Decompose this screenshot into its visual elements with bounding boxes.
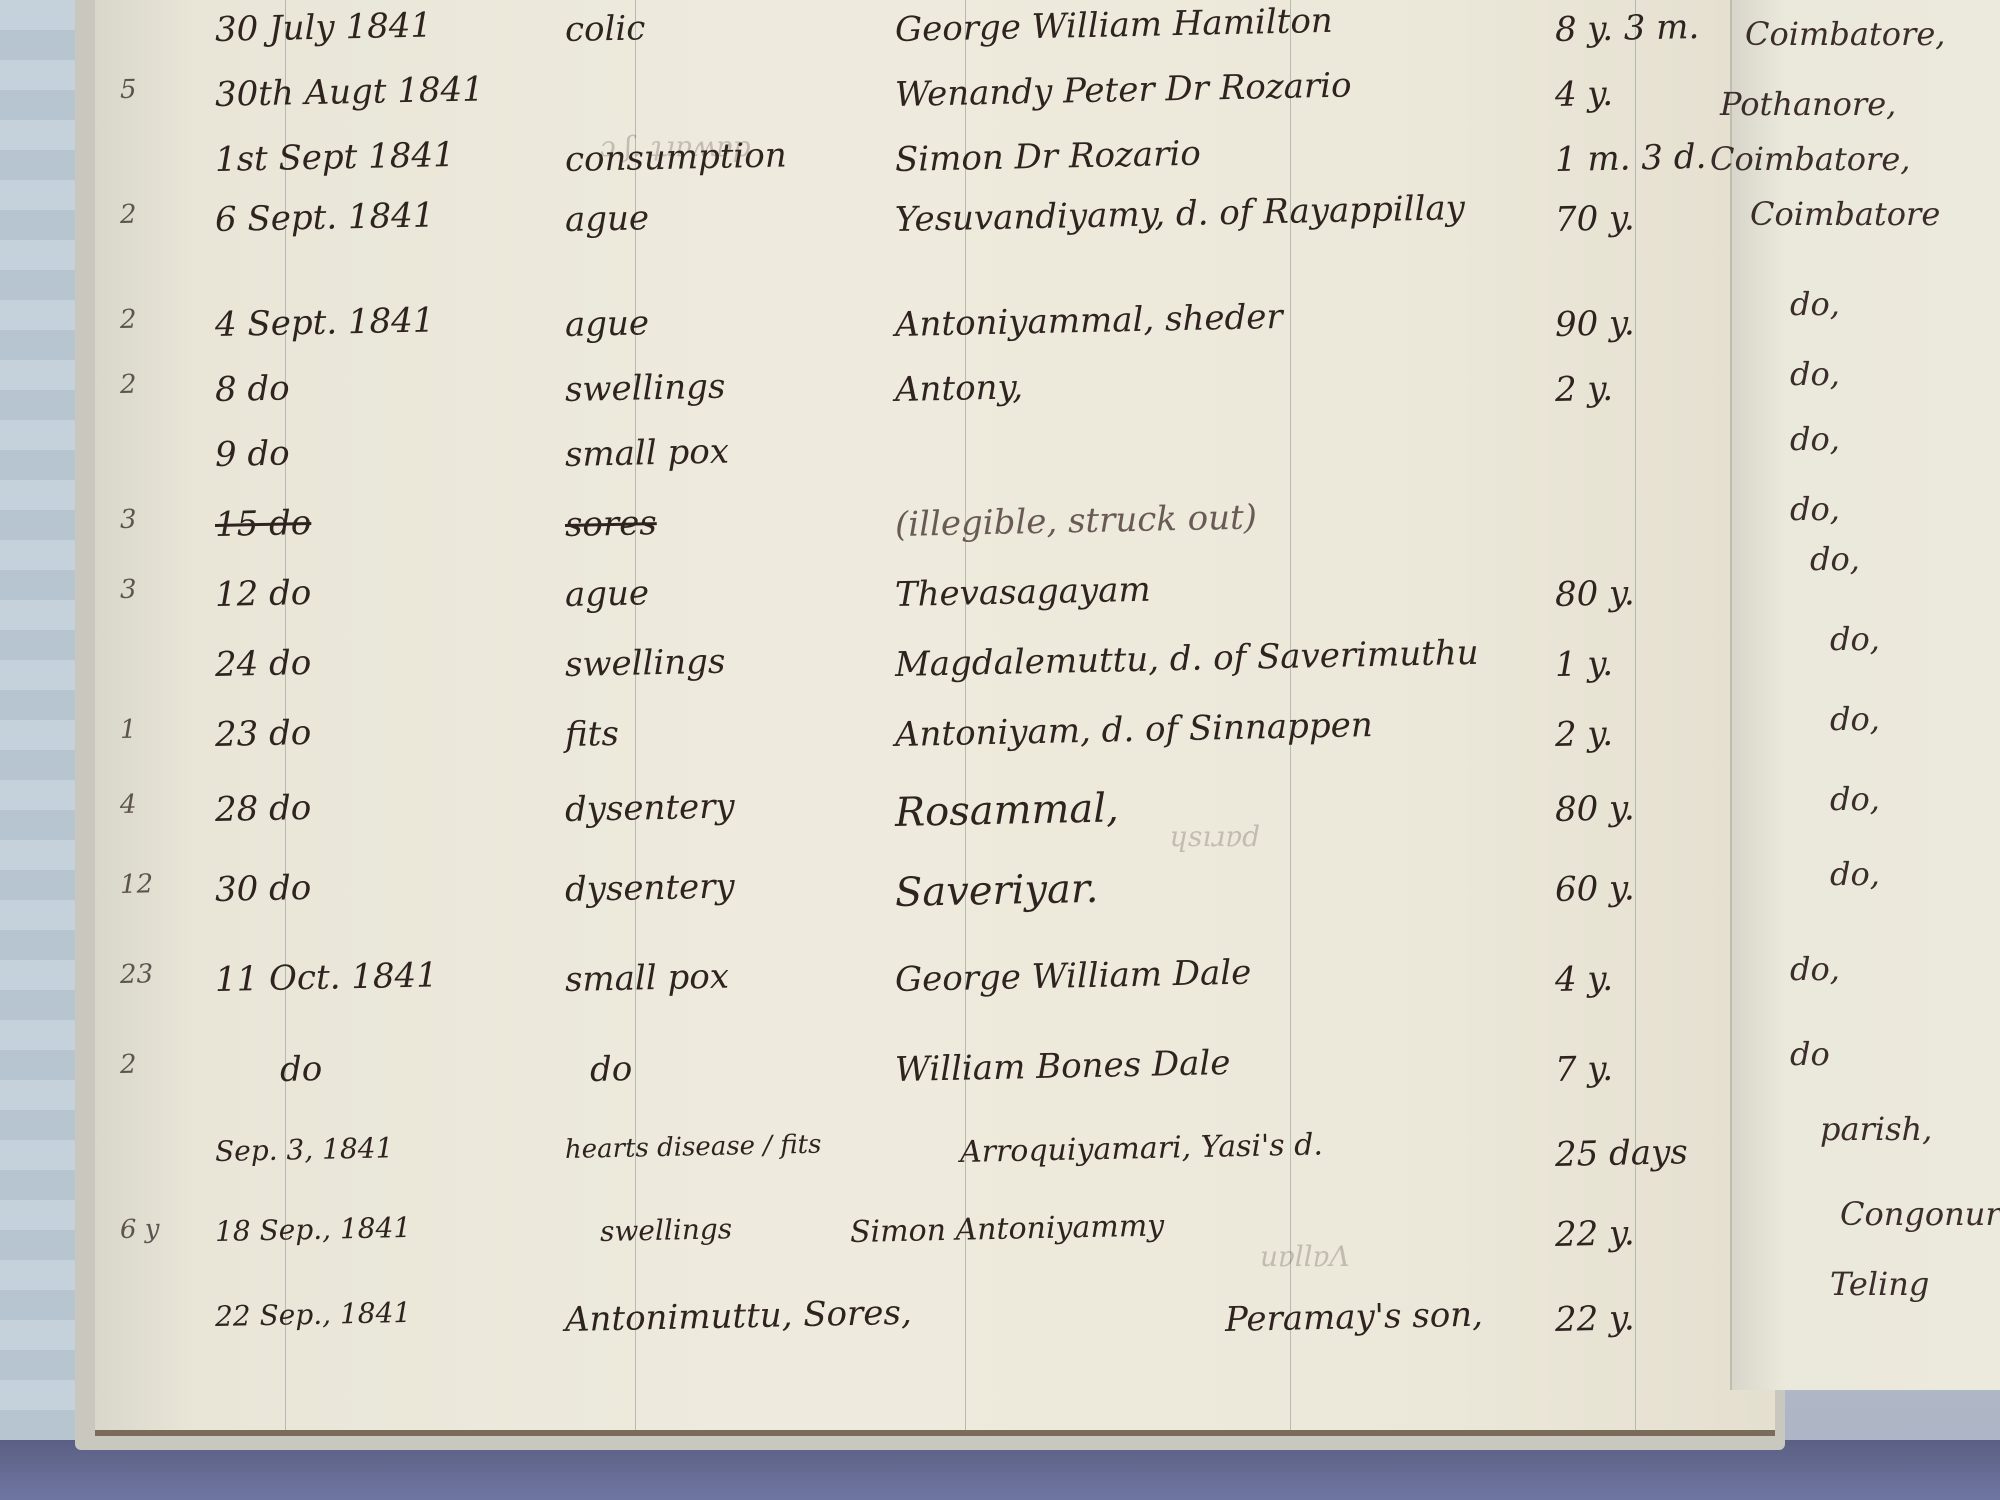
date-cell: 11 Oct. 1841	[215, 955, 439, 1000]
margin-number: 2	[120, 370, 137, 400]
margin-number: 2	[120, 1050, 137, 1080]
age-cell: 70 y.	[1555, 198, 1635, 240]
table-row: 2 do do William Bones Dale 7 y.	[0, 1050, 1730, 1110]
margin-number: 23	[120, 959, 154, 990]
table-row: 2 8 do swellings Antony, 2 y.	[0, 370, 1730, 430]
margin-number: 2	[120, 200, 137, 230]
date-cell: 12 do	[215, 573, 312, 615]
name-cell: Arroquiyamari, Yasi's d.	[960, 1127, 1324, 1170]
table-row: Sep. 3, 1841 hearts disease / fits Arroq…	[0, 1135, 1730, 1195]
margin-number: 3	[120, 575, 137, 605]
age-cell: 1 y.	[1555, 644, 1614, 685]
table-row: 2 6 Sept. 1841 ague Yesuvandiyamy, d. of…	[0, 200, 1730, 260]
abode-cell: Teling	[1830, 1265, 1929, 1303]
date-cell: 8 do	[215, 368, 291, 410]
name-cell: Simon Antoniyammy	[850, 1208, 1165, 1250]
margin-number: 3	[120, 505, 137, 535]
abode-cell: Coimbatore	[1750, 195, 1940, 233]
cause-cell: consumption	[565, 135, 787, 180]
margin-number: 12	[120, 869, 154, 900]
margin-number: 2	[120, 305, 137, 335]
date-cell: 22 Sep., 1841	[215, 1296, 412, 1333]
cause-cell: swellings	[565, 367, 726, 410]
name-cell: Saveriyar.	[895, 866, 1099, 916]
date-cell: do	[280, 1049, 323, 1090]
abode-cell: parish,	[1820, 1110, 1932, 1148]
age-cell: 1 m. 3 d.	[1555, 137, 1707, 180]
date-cell: 9 do	[215, 433, 291, 475]
name-cell: Peramay's son,	[1225, 1295, 1484, 1340]
age-cell: 60 y.	[1555, 868, 1635, 910]
table-row: 5 30th Augt 1841 Wenandy Peter Dr Rozari…	[0, 75, 1730, 135]
date-cell: 30 July 1841	[215, 5, 433, 50]
cause-cell: dysentery	[565, 786, 735, 830]
date-cell: Sep. 3, 1841	[215, 1131, 394, 1168]
date-cell: 1st Sept 1841	[215, 135, 456, 180]
table-row: 1st Sept 1841 consumption Simon Dr Rozar…	[0, 140, 1730, 200]
age-cell: 4 y.	[1555, 74, 1614, 115]
abode-cell: do,	[1790, 420, 1840, 458]
age-cell: 4 y.	[1555, 959, 1614, 1000]
abode-cell: do	[1790, 1035, 1830, 1073]
abode-cell: Coimbatore,	[1745, 15, 1945, 53]
cause-cell: Antonimuttu, Sores,	[565, 1293, 912, 1340]
age-cell: 2 y.	[1555, 714, 1614, 755]
date-cell: 30 do	[215, 868, 312, 910]
abode-cell: do,	[1830, 700, 1880, 738]
table-row: 3 15 do sores (illegible, struck out)	[0, 505, 1730, 565]
cause-cell: ague	[565, 198, 650, 240]
name-cell: Wenandy Peter Dr Rozario	[895, 65, 1352, 115]
abode-cell: do,	[1830, 620, 1880, 658]
cause-cell: dysentery	[565, 866, 735, 910]
age-cell: 8 y. 3 m.	[1555, 7, 1700, 50]
abode-cell: do,	[1830, 780, 1880, 818]
cause-cell: swellings	[565, 642, 726, 685]
date-cell: 30th Augt 1841	[215, 69, 485, 115]
name-cell: Simon Dr Rozario	[895, 134, 1202, 180]
age-cell: 80 y.	[1555, 573, 1635, 615]
abode-cell: Congonur	[1840, 1195, 2000, 1233]
table-row: 23 11 Oct. 1841 small pox George William…	[0, 960, 1730, 1020]
name-cell: Antony,	[895, 367, 1024, 410]
cause-cell: small pox	[565, 957, 730, 1000]
abode-cell: do,	[1790, 285, 1840, 323]
margin-number: 1	[120, 715, 137, 745]
cause-cell: fits	[565, 714, 620, 755]
cause-cell: ague	[565, 573, 650, 615]
table-row: 9 do small pox	[0, 435, 1730, 495]
age-cell: 90 y.	[1555, 303, 1635, 345]
date-cell: 4 Sept. 1841	[215, 300, 435, 345]
table-row: 24 do swellings Magdalemuttu, d. of Save…	[0, 645, 1730, 705]
name-cell: William Bones Dale	[895, 1043, 1231, 1090]
cause-cell: colic	[565, 8, 646, 50]
age-cell: 22 y.	[1555, 1298, 1635, 1340]
date-cell: 15 do	[215, 503, 312, 545]
date-cell: 18 Sep., 1841	[215, 1211, 412, 1248]
abode-cell: do,	[1790, 355, 1840, 393]
date-cell: 24 do	[215, 643, 312, 685]
age-cell: 22 y.	[1555, 1213, 1635, 1255]
table-row: 22 Sep., 1841 Antonimuttu, Sores, Perama…	[0, 1300, 1730, 1360]
margin-number: 4	[120, 790, 137, 820]
abode-cell: Pothanore,	[1720, 85, 1896, 123]
cause-cell: swellings	[600, 1212, 733, 1248]
name-cell: Antoniyam, d. of Sinnappen	[895, 705, 1373, 755]
name-cell: Thevasagayam	[895, 570, 1151, 615]
abode-cell: Coimbatore,	[1710, 140, 1910, 178]
age-cell: 2 y.	[1555, 369, 1614, 410]
table-row: 4 28 do dysentery Rosammal, 80 y.	[0, 790, 1730, 850]
abode-cell: do,	[1810, 540, 1860, 578]
table-row: 1 23 do fits Antoniyam, d. of Sinnappen …	[0, 715, 1730, 775]
table-row: 2 4 Sept. 1841 ague Antoniyammal, sheder…	[0, 305, 1730, 365]
cause-cell: sores	[565, 503, 658, 545]
margin-number: 6 y	[120, 1214, 160, 1245]
table-row: 12 30 do dysentery Saveriyar. 60 y.	[0, 870, 1730, 930]
date-cell: 23 do	[215, 713, 312, 755]
name-cell: George William Hamilton	[895, 1, 1334, 50]
table-row: 30 July 1841 colic George William Hamilt…	[0, 10, 1730, 70]
age-cell: 7 y.	[1555, 1049, 1614, 1090]
table-row: 3 12 do ague Thevasagayam 80 y.	[0, 575, 1730, 635]
cause-cell: small pox	[565, 432, 730, 475]
date-cell: 6 Sept. 1841	[215, 195, 435, 240]
cause-cell: do	[590, 1049, 633, 1090]
name-cell: Antoniyammal, sheder	[895, 297, 1283, 345]
cause-cell: ague	[565, 303, 650, 345]
age-cell: 80 y.	[1555, 788, 1635, 830]
name-cell: Rosammal,	[895, 785, 1120, 836]
date-cell: 28 do	[215, 788, 312, 830]
cause-cell: hearts disease / fits	[565, 1130, 822, 1165]
age-cell: 25 days	[1555, 1132, 1689, 1175]
abode-cell: do,	[1790, 490, 1840, 528]
abode-cell: do,	[1830, 855, 1880, 893]
abode-cell: do,	[1790, 950, 1840, 988]
margin-number: 5	[120, 75, 137, 105]
name-cell: (illegible, struck out)	[895, 497, 1258, 545]
name-cell: George William Dale	[895, 953, 1252, 1000]
table-row: 6 y 18 Sep., 1841 swellings Simon Antoni…	[0, 1215, 1730, 1275]
